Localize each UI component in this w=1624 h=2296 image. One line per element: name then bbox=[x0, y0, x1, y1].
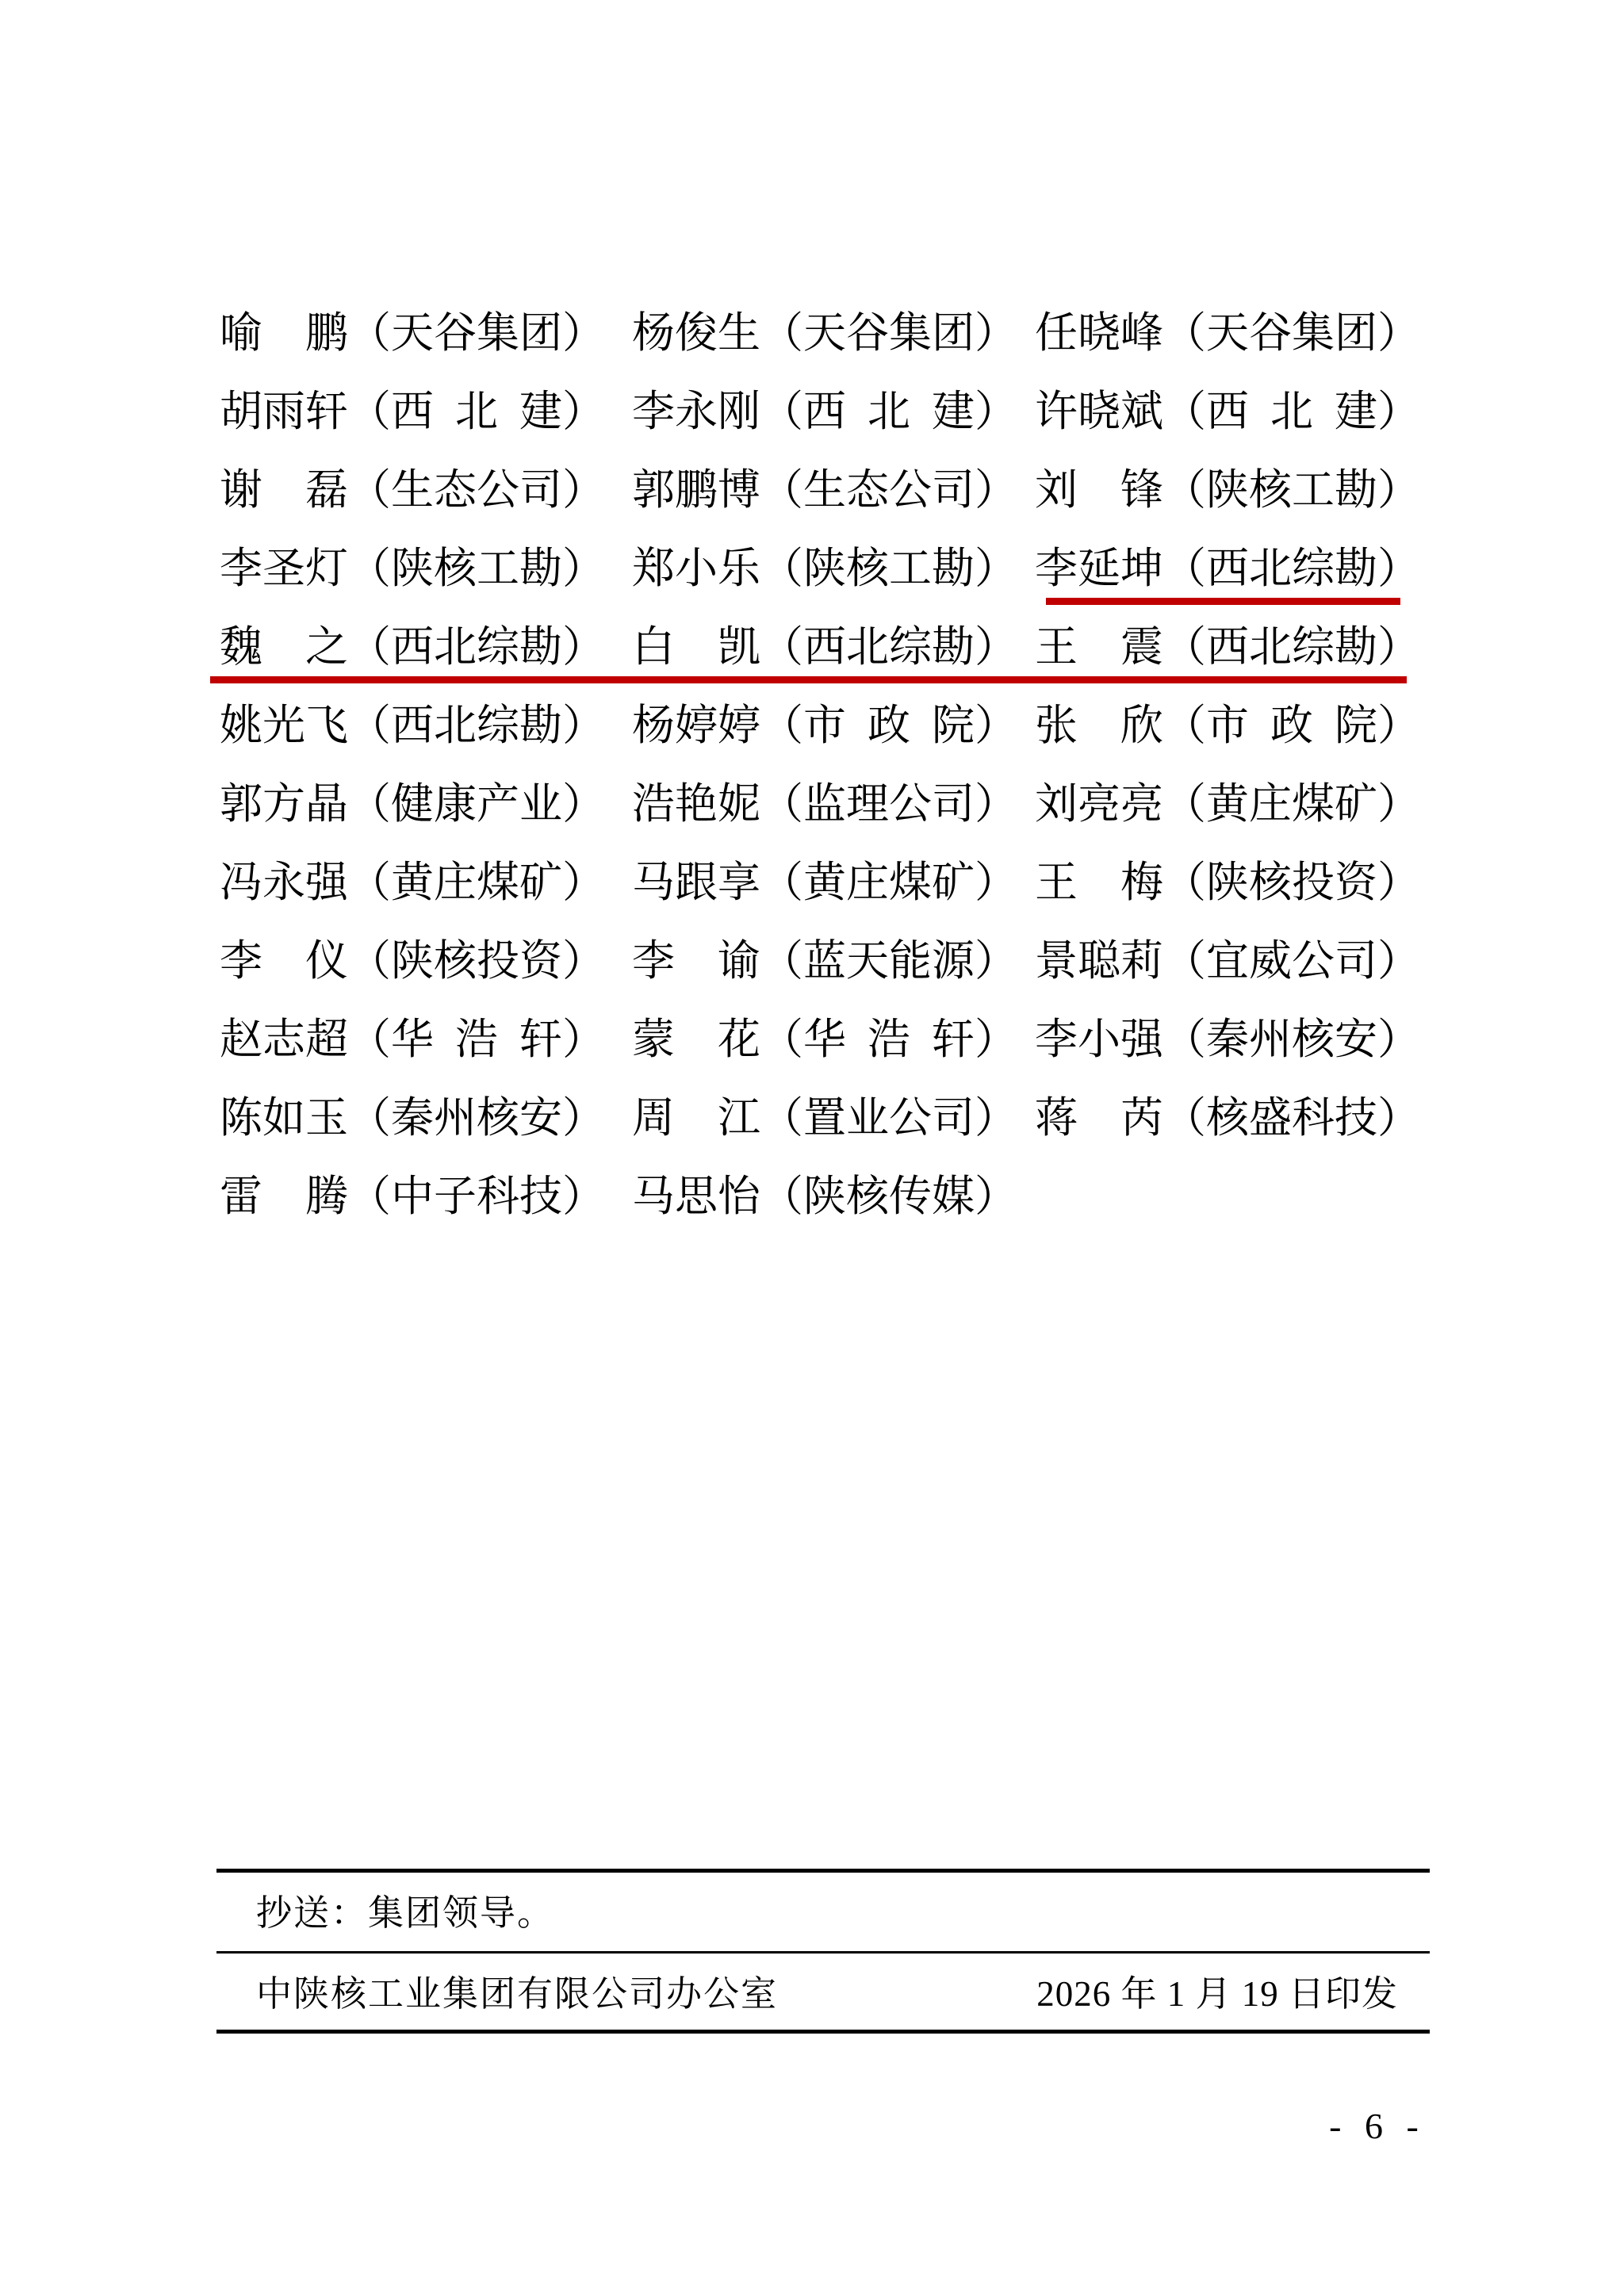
roster-entry: 李小强（秦州核安） bbox=[1035, 1001, 1420, 1079]
print-date: 2026 年 1 月 19 日印发 bbox=[1036, 1970, 1398, 2018]
paren-close: ） bbox=[1377, 294, 1420, 373]
person-org: 西北建 bbox=[803, 373, 975, 451]
person-org: 市政院 bbox=[803, 687, 975, 765]
roster-entry: 李延坤（西北综勘） bbox=[1035, 530, 1420, 608]
roster-row: 李圣灯（陕核工勘）郑小乐（陕核工勘）李延坤（西北综勘） bbox=[220, 530, 1431, 608]
roster-row: 李仪（陕核投资）李谕（蓝天能源）景聪莉（宜威公司） bbox=[220, 922, 1431, 1001]
person-name: 胡雨轩 bbox=[220, 373, 348, 451]
paren-close: ） bbox=[1377, 530, 1420, 608]
paren-close: ） bbox=[975, 530, 1017, 608]
paren-close: ） bbox=[975, 373, 1017, 451]
person-org: 宜威公司 bbox=[1206, 922, 1377, 1001]
paren-close: ） bbox=[562, 373, 605, 451]
paren-close: ） bbox=[562, 687, 605, 765]
person-org: 核盛科技 bbox=[1206, 1079, 1377, 1158]
person-org: 西北建 bbox=[391, 373, 562, 451]
person-name: 马思怡 bbox=[632, 1158, 760, 1236]
paren-close: ） bbox=[562, 608, 605, 687]
person-name: 周江 bbox=[632, 1079, 760, 1158]
paren-close: ） bbox=[975, 1001, 1017, 1079]
person-name: 赵志超 bbox=[220, 1001, 348, 1079]
paren-open: （ bbox=[348, 608, 391, 687]
person-org: 西北综勘 bbox=[391, 687, 562, 765]
roster-entry: 赵志超（华浩轩） bbox=[220, 1001, 605, 1079]
paren-open: （ bbox=[1163, 765, 1206, 844]
paren-open: （ bbox=[1163, 294, 1206, 373]
person-name: 李永刚 bbox=[632, 373, 760, 451]
roster-row: 姚光飞（西北综勘）杨婷婷（市政院）张欣（市政院） bbox=[220, 687, 1431, 765]
paren-open: （ bbox=[348, 530, 391, 608]
roster-entry: 李圣灯（陕核工勘） bbox=[220, 530, 605, 608]
person-org: 陕核投资 bbox=[391, 922, 562, 1001]
cc-label: 抄送：集团领导。 bbox=[256, 1893, 554, 1933]
roster-entry: 郭鹏博（生态公司） bbox=[632, 451, 1017, 530]
person-name: 冯永强 bbox=[220, 844, 348, 922]
paren-close: ） bbox=[562, 844, 605, 922]
paren-open: （ bbox=[760, 687, 803, 765]
paren-close: ） bbox=[975, 1158, 1017, 1236]
paren-close: ） bbox=[1377, 451, 1420, 530]
person-org: 西北综勘 bbox=[391, 608, 562, 687]
person-name: 蒙花 bbox=[632, 1001, 760, 1079]
person-org: 西北综勘 bbox=[803, 608, 975, 687]
person-name: 刘锋 bbox=[1035, 451, 1163, 530]
paren-close: ） bbox=[562, 451, 605, 530]
roster-entry: 谢磊（生态公司） bbox=[220, 451, 605, 530]
roster-row: 赵志超（华浩轩）蒙花（华浩轩）李小强（秦州核安） bbox=[220, 1001, 1431, 1079]
roster-entry: 蒋芮（核盛科技） bbox=[1035, 1079, 1420, 1158]
person-name: 雷腾 bbox=[220, 1158, 348, 1236]
person-org: 华浩轩 bbox=[391, 1001, 562, 1079]
paren-open: （ bbox=[1163, 1079, 1206, 1158]
roster-entry: 喻鹏（天谷集团） bbox=[220, 294, 605, 373]
paren-open: （ bbox=[760, 1001, 803, 1079]
roster-row: 魏之（西北综勘）白凯（西北综勘）王震（西北综勘） bbox=[220, 608, 1431, 687]
roster-entry: 陈如玉（秦州核安） bbox=[220, 1079, 605, 1158]
paren-close: ） bbox=[1377, 1001, 1420, 1079]
paren-close: ） bbox=[1377, 687, 1420, 765]
roster-list: 喻鹏（天谷集团）杨俊生（天谷集团）任晓峰（天谷集团）胡雨轩（西北建）李永刚（西北… bbox=[220, 294, 1431, 1236]
roster-entry: 周江（置业公司） bbox=[632, 1079, 1017, 1158]
roster-entry: 雷腾（中子科技） bbox=[220, 1158, 605, 1236]
red-underline bbox=[1046, 598, 1400, 605]
roster-entry: 王震（西北综勘） bbox=[1035, 608, 1420, 687]
paren-open: （ bbox=[760, 294, 803, 373]
person-name: 李小强 bbox=[1035, 1001, 1163, 1079]
paren-open: （ bbox=[760, 844, 803, 922]
roster-entry: 郭方晶（健康产业） bbox=[220, 765, 605, 844]
person-org: 黄庄煤矿 bbox=[1206, 765, 1377, 844]
paren-open: （ bbox=[348, 294, 391, 373]
paren-open: （ bbox=[760, 1079, 803, 1158]
person-org: 陕核工勘 bbox=[1206, 451, 1377, 530]
person-name: 马跟享 bbox=[632, 844, 760, 922]
person-name: 郑小乐 bbox=[632, 530, 760, 608]
roster-entry: 胡雨轩（西北建） bbox=[220, 373, 605, 451]
paren-open: （ bbox=[348, 1079, 391, 1158]
person-org: 陕核工勘 bbox=[391, 530, 562, 608]
issuer-label: 中陕核工业集团有限公司办公室 bbox=[256, 1974, 778, 2014]
person-name: 郭方晶 bbox=[220, 765, 348, 844]
paren-close: ） bbox=[562, 765, 605, 844]
paren-open: （ bbox=[348, 844, 391, 922]
print-date-label: 2026 年 1 月 19 日印发 bbox=[1036, 1974, 1398, 2014]
person-org: 陕核传媒 bbox=[803, 1158, 975, 1236]
person-org: 置业公司 bbox=[803, 1079, 975, 1158]
roster-entry: 李永刚（西北建） bbox=[632, 373, 1017, 451]
person-name: 任晓峰 bbox=[1035, 294, 1163, 373]
roster-entry: 李谕（蓝天能源） bbox=[632, 922, 1017, 1001]
roster-row: 郭方晶（健康产业）浩艳妮（监理公司）刘亮亮（黄庄煤矿） bbox=[220, 765, 1431, 844]
paren-close: ） bbox=[1377, 1079, 1420, 1158]
paren-open: （ bbox=[348, 1001, 391, 1079]
roster-entry: 景聪莉（宜威公司） bbox=[1035, 922, 1420, 1001]
person-name: 景聪莉 bbox=[1035, 922, 1163, 1001]
page-number: - 6 - bbox=[1298, 2103, 1457, 2150]
footer-top-rule bbox=[216, 1869, 1430, 1873]
roster-entry: 白凯（西北综勘） bbox=[632, 608, 1017, 687]
roster-entry: 李仪（陕核投资） bbox=[220, 922, 605, 1001]
roster-row: 雷腾（中子科技）马思怡（陕核传媒） bbox=[220, 1158, 1431, 1236]
paren-close: ） bbox=[1377, 765, 1420, 844]
roster-entry: 杨俊生（天谷集团） bbox=[632, 294, 1017, 373]
roster-entry: 杨婷婷（市政院） bbox=[632, 687, 1017, 765]
person-org: 天谷集团 bbox=[1206, 294, 1377, 373]
paren-close: ） bbox=[975, 294, 1017, 373]
roster-entry: 郑小乐（陕核工勘） bbox=[632, 530, 1017, 608]
paren-close: ） bbox=[1377, 373, 1420, 451]
person-org: 秦州核安 bbox=[391, 1079, 562, 1158]
cc-line: 抄送：集团领导。 bbox=[256, 1889, 554, 1937]
paren-open: （ bbox=[760, 922, 803, 1001]
paren-close: ） bbox=[975, 687, 1017, 765]
person-name: 王梅 bbox=[1035, 844, 1163, 922]
roster-row: 陈如玉（秦州核安）周江（置业公司）蒋芮（核盛科技） bbox=[220, 1079, 1431, 1158]
roster-entry: 刘锋（陕核工勘） bbox=[1035, 451, 1420, 530]
paren-open: （ bbox=[760, 530, 803, 608]
person-org: 西北建 bbox=[1206, 373, 1377, 451]
paren-open: （ bbox=[348, 1158, 391, 1236]
person-name: 杨婷婷 bbox=[632, 687, 760, 765]
roster-entry: 蒙花（华浩轩） bbox=[632, 1001, 1017, 1079]
person-name: 李圣灯 bbox=[220, 530, 348, 608]
person-name: 刘亮亮 bbox=[1035, 765, 1163, 844]
roster-entry: 张欣（市政院） bbox=[1035, 687, 1420, 765]
paren-open: （ bbox=[348, 373, 391, 451]
footer-middle-rule bbox=[216, 1951, 1430, 1954]
person-name: 杨俊生 bbox=[632, 294, 760, 373]
roster-entry: 许晓斌（西北建） bbox=[1035, 373, 1420, 451]
person-org: 西北综勘 bbox=[1206, 530, 1377, 608]
paren-open: （ bbox=[1163, 451, 1206, 530]
person-name: 许晓斌 bbox=[1035, 373, 1163, 451]
paren-open: （ bbox=[348, 765, 391, 844]
roster-entry: 马思怡（陕核传媒） bbox=[632, 1158, 1017, 1236]
footer-bottom-rule bbox=[216, 2030, 1430, 2034]
paren-close: ） bbox=[975, 922, 1017, 1001]
person-name: 李延坤 bbox=[1035, 530, 1163, 608]
person-name: 魏之 bbox=[220, 608, 348, 687]
person-org: 陕核工勘 bbox=[803, 530, 975, 608]
paren-close: ） bbox=[562, 1158, 605, 1236]
paren-close: ） bbox=[562, 530, 605, 608]
person-org: 生态公司 bbox=[391, 451, 562, 530]
person-name: 郭鹏博 bbox=[632, 451, 760, 530]
person-org: 天谷集团 bbox=[391, 294, 562, 373]
paren-open: （ bbox=[1163, 1001, 1206, 1079]
roster-row: 喻鹏（天谷集团）杨俊生（天谷集团）任晓峰（天谷集团） bbox=[220, 294, 1431, 373]
paren-close: ） bbox=[975, 844, 1017, 922]
person-org: 生态公司 bbox=[803, 451, 975, 530]
paren-close: ） bbox=[562, 294, 605, 373]
person-org: 黄庄煤矿 bbox=[391, 844, 562, 922]
paren-open: （ bbox=[348, 687, 391, 765]
person-org: 秦州核安 bbox=[1206, 1001, 1377, 1079]
paren-open: （ bbox=[760, 1158, 803, 1236]
person-name: 李仪 bbox=[220, 922, 348, 1001]
person-name: 陈如玉 bbox=[220, 1079, 348, 1158]
document-page: 喻鹏（天谷集团）杨俊生（天谷集团）任晓峰（天谷集团）胡雨轩（西北建）李永刚（西北… bbox=[0, 0, 1624, 2296]
paren-close: ） bbox=[975, 1079, 1017, 1158]
person-org: 市政院 bbox=[1206, 687, 1377, 765]
person-org: 天谷集团 bbox=[803, 294, 975, 373]
roster-entry: 任晓峰（天谷集团） bbox=[1035, 294, 1420, 373]
paren-close: ） bbox=[975, 608, 1017, 687]
paren-close: ） bbox=[975, 765, 1017, 844]
issuer-line: 中陕核工业集团有限公司办公室 bbox=[256, 1970, 778, 2018]
paren-open: （ bbox=[1163, 530, 1206, 608]
roster-row: 谢磊（生态公司）郭鹏博（生态公司）刘锋（陕核工勘） bbox=[220, 451, 1431, 530]
paren-close: ） bbox=[1377, 844, 1420, 922]
paren-close: ） bbox=[1377, 922, 1420, 1001]
person-org: 华浩轩 bbox=[803, 1001, 975, 1079]
person-name: 张欣 bbox=[1035, 687, 1163, 765]
person-name: 蒋芮 bbox=[1035, 1079, 1163, 1158]
red-underline bbox=[210, 676, 1407, 683]
paren-open: （ bbox=[1163, 373, 1206, 451]
paren-close: ） bbox=[562, 1001, 605, 1079]
paren-open: （ bbox=[760, 451, 803, 530]
paren-close: ） bbox=[562, 922, 605, 1001]
paren-open: （ bbox=[760, 765, 803, 844]
paren-open: （ bbox=[1163, 687, 1206, 765]
paren-open: （ bbox=[348, 922, 391, 1001]
roster-entry: 刘亮亮（黄庄煤矿） bbox=[1035, 765, 1420, 844]
paren-close: ） bbox=[975, 451, 1017, 530]
person-name: 白凯 bbox=[632, 608, 760, 687]
paren-close: ） bbox=[1377, 608, 1420, 687]
person-org: 健康产业 bbox=[391, 765, 562, 844]
roster-entry: 姚光飞（西北综勘） bbox=[220, 687, 605, 765]
roster-entry: 冯永强（黄庄煤矿） bbox=[220, 844, 605, 922]
roster-entry: 王梅（陕核投资） bbox=[1035, 844, 1420, 922]
person-name: 王震 bbox=[1035, 608, 1163, 687]
roster-row: 胡雨轩（西北建）李永刚（西北建）许晓斌（西北建） bbox=[220, 373, 1431, 451]
paren-open: （ bbox=[1163, 922, 1206, 1001]
person-name: 李谕 bbox=[632, 922, 760, 1001]
person-org: 蓝天能源 bbox=[803, 922, 975, 1001]
person-name: 喻鹏 bbox=[220, 294, 348, 373]
paren-open: （ bbox=[760, 608, 803, 687]
person-name: 姚光飞 bbox=[220, 687, 348, 765]
roster-entry: 浩艳妮（监理公司） bbox=[632, 765, 1017, 844]
person-org: 监理公司 bbox=[803, 765, 975, 844]
paren-open: （ bbox=[760, 373, 803, 451]
person-name: 谢磊 bbox=[220, 451, 348, 530]
person-org: 黄庄煤矿 bbox=[803, 844, 975, 922]
paren-close: ） bbox=[562, 1079, 605, 1158]
person-org: 陕核投资 bbox=[1206, 844, 1377, 922]
roster-entry: 魏之（西北综勘） bbox=[220, 608, 605, 687]
paren-open: （ bbox=[1163, 844, 1206, 922]
person-org: 西北综勘 bbox=[1206, 608, 1377, 687]
person-name: 浩艳妮 bbox=[632, 765, 760, 844]
person-org: 中子科技 bbox=[391, 1158, 562, 1236]
paren-open: （ bbox=[1163, 608, 1206, 687]
roster-row: 冯永强（黄庄煤矿）马跟享（黄庄煤矿）王梅（陕核投资） bbox=[220, 844, 1431, 922]
roster-entry: 马跟享（黄庄煤矿） bbox=[632, 844, 1017, 922]
paren-open: （ bbox=[348, 451, 391, 530]
